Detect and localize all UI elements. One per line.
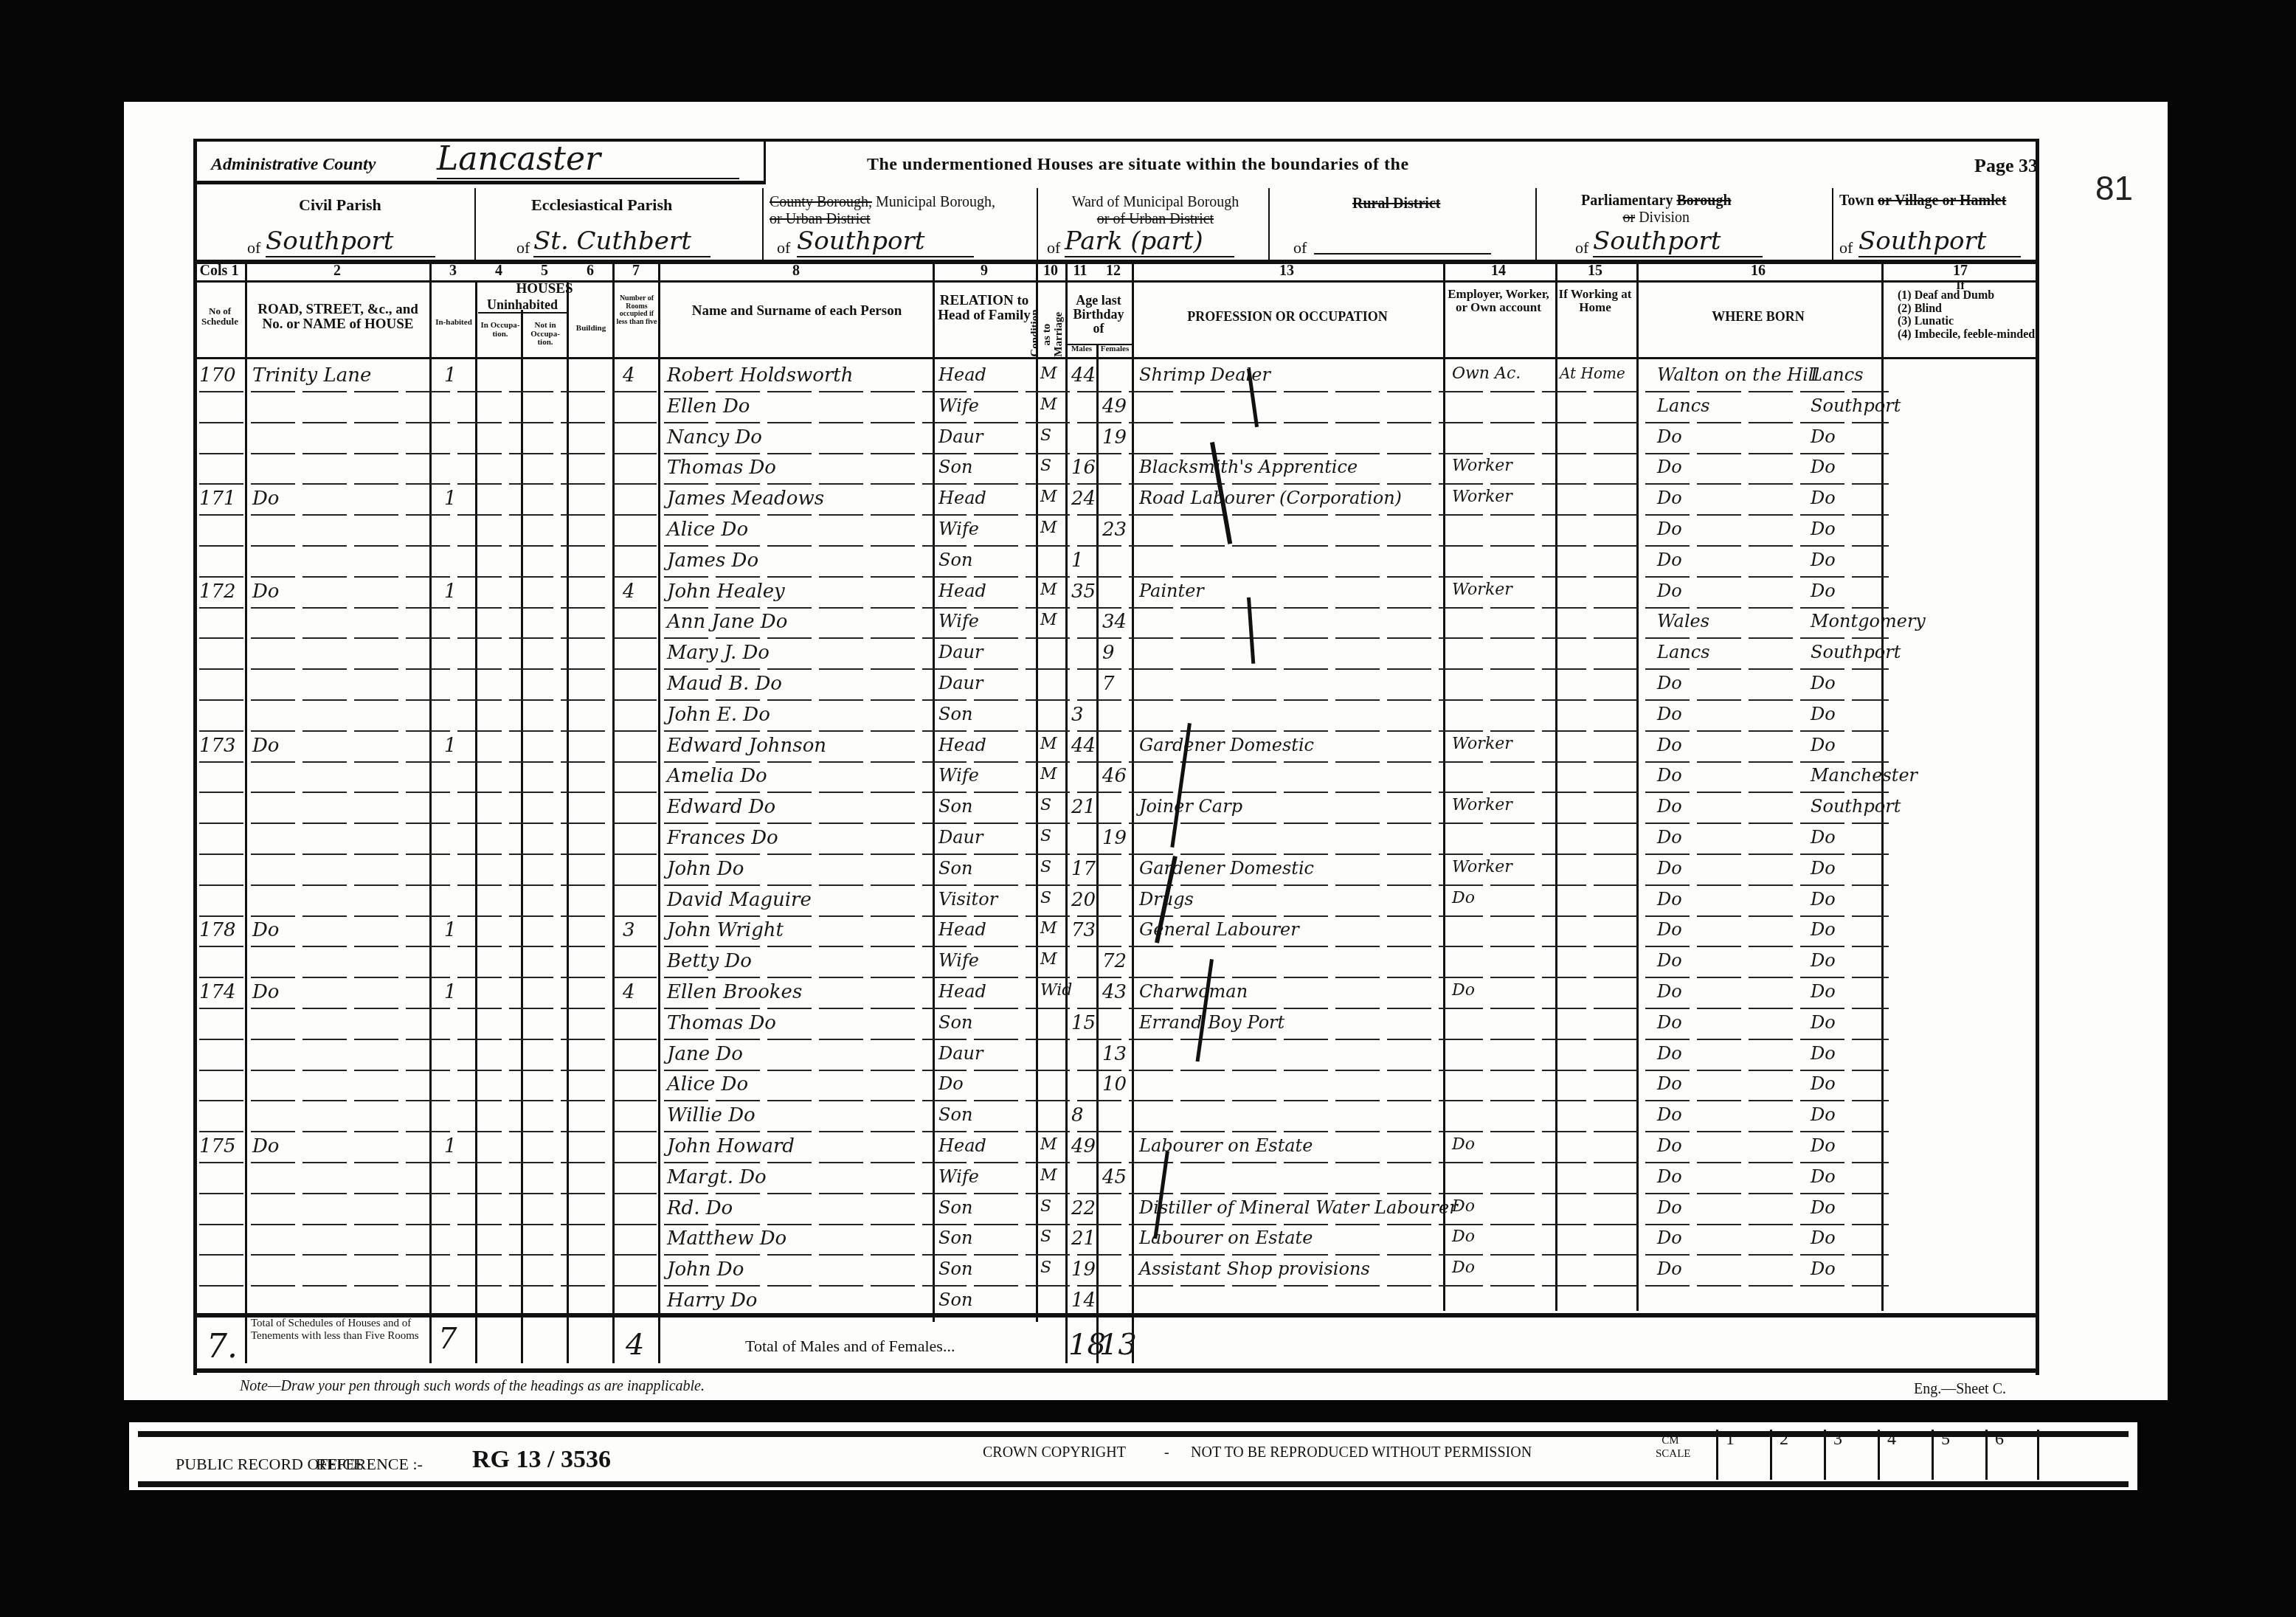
cell-born-place: Do — [1811, 581, 1836, 601]
cell-relation: Wife — [938, 950, 979, 971]
total-rooms: 4 — [626, 1328, 644, 1362]
cell-name: John Do — [667, 1258, 744, 1281]
cell-name: Alice Do — [667, 1073, 748, 1095]
header-age: Age last Birthday of — [1067, 294, 1130, 336]
cell-occupation: Labourer on Estate — [1139, 1228, 1313, 1248]
cell-relation: Wife — [938, 395, 979, 416]
table-row: Betty Do Wife M 72 Do Do — [193, 949, 2039, 980]
cell-relation: Head — [938, 919, 986, 940]
table-row: Nancy Do Daur S 19 Do Do — [193, 425, 2039, 456]
cell-name: Edward Johnson — [667, 735, 826, 757]
cell-female-age: 49 — [1102, 395, 1127, 418]
cell-name: Thomas Do — [667, 457, 776, 479]
cell-male-age: 21 — [1071, 1228, 1096, 1250]
cell-road: Do — [252, 488, 280, 510]
cell-name: Mary J. Do — [667, 642, 770, 664]
table-row: 171 Do 1 James Meadows Head M 24 Road La… — [193, 486, 2039, 517]
total-schedules-label: Total of Schedules of Houses and of Tene… — [251, 1318, 425, 1343]
cell-condition: Wid — [1040, 981, 1072, 1000]
footer-notice: NOT TO BE REPRODUCED WITHOUT PERMISSION — [1191, 1444, 1532, 1461]
cell-born-place: Do — [1811, 1166, 1836, 1187]
cell-born-county: Do — [1657, 889, 1682, 910]
cell-born-county: Do — [1657, 858, 1682, 879]
cell-relation: Son — [938, 796, 972, 817]
district-rural: Rural District of — [1270, 188, 1537, 262]
label: Division — [1639, 210, 1690, 226]
col-number: 3 — [431, 263, 475, 280]
table-row: Thomas Do Son 15 Errand Boy Port Do Do — [193, 1011, 2039, 1042]
cell-born-place: Do — [1811, 919, 1836, 940]
row-rule — [199, 1193, 1889, 1194]
district-town: Town or Village or Hamlet of Southport — [1833, 188, 2037, 262]
cell-male-age: 1 — [1071, 550, 1084, 572]
table-row: 175 Do 1 John Howard Head M 49 Labourer … — [193, 1134, 2039, 1165]
table-row: 174 Do 1 4 Ellen Brookes Head Wid 43 Cha… — [193, 980, 2039, 1011]
cell-employer: Do — [1452, 1135, 1475, 1154]
cell-born-place: Do — [1811, 735, 1836, 755]
cell-condition: M — [1040, 581, 1057, 599]
cell-relation: Daur — [938, 1043, 983, 1064]
cell-born-county: Do — [1657, 1228, 1682, 1248]
cell-name: John Howard — [667, 1135, 795, 1157]
table-row: Frances Do Daur S 19 Do Do — [193, 825, 2039, 856]
cell-relation: Son — [938, 1228, 972, 1248]
cell-born-county: Do — [1657, 1104, 1682, 1125]
cell-name: Maud B. Do — [667, 673, 782, 695]
cell-born-county: Do — [1657, 735, 1682, 755]
cell-born-county: Do — [1657, 765, 1682, 786]
struck-label: Borough — [1676, 193, 1731, 209]
cell-born-place: Do — [1811, 550, 1836, 570]
row-rule — [199, 545, 1889, 547]
col-number: 2 — [245, 263, 429, 280]
table-row: Willie Do Son 8 Do Do — [193, 1103, 2039, 1134]
cell-inhabited: 1 — [444, 919, 457, 941]
admin-county-box: Administrative County Lancaster — [193, 139, 766, 184]
col-number: 8 — [660, 263, 933, 280]
table-row: Amelia Do Wife M 46 Do Manchester — [193, 764, 2039, 794]
cell-relation: Daur — [938, 426, 983, 447]
table-row: 173 Do 1 Edward Johnson Head M 44 Garden… — [193, 733, 2039, 764]
page-value: 33 — [2019, 155, 2038, 176]
cell-employer: Own Ac. — [1452, 364, 1521, 383]
cell-occupation: Blacksmith's Apprentice — [1139, 457, 1358, 477]
label: Parliamentary — [1581, 193, 1673, 209]
cell-relation: Son — [938, 1197, 972, 1218]
row-rule — [199, 607, 1889, 609]
cell-relation: Son — [938, 1258, 972, 1279]
cell-relation: Head — [938, 488, 986, 508]
table-row: Alice Do Do 10 Do Do — [193, 1072, 2039, 1103]
cell-employer: Worker — [1452, 735, 1512, 753]
cell-name: John Wright — [667, 919, 784, 941]
cell-name: Edward Do — [667, 796, 775, 818]
cell-employer: Do — [1452, 981, 1475, 1000]
row-rule — [199, 823, 1889, 824]
district-label: Ward of Municipal Borough or of Urban Di… — [1048, 194, 1262, 228]
district-prefix: of — [1839, 238, 1853, 257]
cell-female-age: 19 — [1102, 426, 1127, 449]
cell-condition: M — [1040, 765, 1057, 783]
col-number: 16 — [1636, 263, 1880, 280]
district-prefix: of — [1293, 238, 1307, 257]
cell-condition: M — [1040, 1135, 1057, 1154]
header-relation: RELATION to Head of Family — [934, 294, 1034, 323]
cell-female-age: 43 — [1102, 981, 1127, 1003]
infirmity-option: (1) Deaf and Dumb — [1898, 289, 2035, 302]
header-occupation: PROFESSION OR OCCUPATION — [1136, 310, 1439, 324]
district-prefix: of — [247, 238, 260, 257]
cell-name: Alice Do — [667, 519, 748, 541]
cell-schedule: 174 — [199, 981, 236, 1003]
cell-road: Trinity Lane — [252, 364, 371, 387]
cell-road: Do — [252, 981, 280, 1003]
cell-born-place: Southport — [1811, 796, 1901, 817]
cell-name: Willie Do — [667, 1104, 755, 1126]
cell-born-place: Do — [1811, 950, 1836, 971]
cell-name: Ellen Brookes — [667, 981, 802, 1003]
cell-rooms: 4 — [623, 364, 635, 387]
cell-condition: M — [1040, 611, 1057, 629]
row-rule — [199, 699, 1889, 701]
cell-relation: Wife — [938, 611, 979, 631]
page-label: Page — [1974, 155, 2013, 176]
cell-born-place: Do — [1811, 981, 1836, 1002]
cell-name: Thomas Do — [667, 1012, 776, 1034]
cell-born-county: Do — [1657, 519, 1682, 539]
cell-condition: M — [1040, 1166, 1057, 1185]
header-not-in-occupation: Not in Occupa-tion. — [524, 322, 567, 347]
footer-copyright: CROWN COPYRIGHT — [983, 1444, 1126, 1461]
row-rule — [199, 1285, 1889, 1287]
row-rule — [199, 637, 1889, 639]
cell-name: David Maguire — [667, 889, 812, 911]
cell-male-age: 44 — [1071, 735, 1096, 757]
table-row: Maud B. Do Daur 7 Do Do — [193, 671, 2039, 702]
col-number: 17 — [1881, 263, 2039, 280]
cell-born-county: Walton on the Hill — [1657, 364, 1819, 385]
cell-female-age: 19 — [1102, 827, 1127, 849]
sheet-id: Eng.—Sheet C. — [1914, 1381, 2006, 1398]
cell-born-place: Southport — [1811, 642, 1901, 662]
cell-born-county: Wales — [1657, 611, 1709, 631]
cell-relation: Son — [938, 1012, 972, 1033]
cell-female-age: 13 — [1102, 1043, 1127, 1065]
table-row: John Do Son S 17 Gardener Domestic Worke… — [193, 856, 2039, 887]
cell-occupation: Charwoman — [1139, 981, 1248, 1002]
cell-rooms: 3 — [623, 919, 635, 941]
row-rule — [199, 730, 1889, 732]
cell-occupation: Painter — [1139, 581, 1204, 601]
page-number: Page 33 — [1974, 155, 2038, 177]
row-rule — [199, 514, 1889, 516]
footer-reference: RG 13 / 3536 — [472, 1446, 611, 1474]
total-females: 13 — [1099, 1328, 1137, 1362]
cell-employer: Do — [1452, 889, 1475, 907]
col-number: 4 — [477, 263, 521, 280]
row-rule — [199, 946, 1889, 947]
header-infirmity: (1) Deaf and Dumb (2) Blind (3) Lunatic … — [1898, 289, 2035, 341]
cell-condition: M — [1040, 488, 1057, 506]
cell-born-county: Do — [1657, 1012, 1682, 1033]
cell-condition: M — [1040, 519, 1057, 537]
cell-road: Do — [252, 581, 280, 603]
cell-male-age: 17 — [1071, 858, 1096, 880]
row-rule — [199, 422, 1889, 423]
cell-name: Ann Jane Do — [667, 611, 787, 633]
cell-name: Rd. Do — [667, 1197, 733, 1219]
col-number: 9 — [933, 263, 1036, 280]
cell-born-place: Do — [1811, 1135, 1836, 1156]
cell-inhabited: 1 — [444, 735, 457, 757]
cell-inhabited: 1 — [444, 488, 457, 510]
cell-schedule: 172 — [199, 581, 236, 603]
cell-occupation: Gardener Domestic — [1139, 735, 1314, 755]
cell-relation: Wife — [938, 1166, 979, 1187]
row-rule — [199, 1100, 1889, 1101]
col-number: 13 — [1132, 263, 1442, 280]
district-civil-parish: Civil Parish of Southport — [196, 188, 476, 262]
struck-label: County Borough, — [770, 194, 872, 210]
district-prefix: of — [1047, 238, 1060, 257]
cell-condition: M — [1040, 919, 1057, 938]
header-at-home: If Working at Home — [1557, 288, 1633, 314]
struck-label: or Village or Hamlet — [1878, 193, 2006, 209]
cell-occupation: Distiller of Mineral Water Labourer — [1139, 1197, 1458, 1218]
cell-employer: Worker — [1452, 858, 1512, 876]
cell-born-place: Do — [1811, 1073, 1836, 1094]
cell-relation: Daur — [938, 673, 983, 693]
footer-scale-label: CM SCALE — [1656, 1434, 1685, 1461]
cell-schedule: 178 — [199, 919, 236, 941]
scale-mark: 4 — [1878, 1430, 1932, 1480]
cell-name: John Healey — [667, 581, 785, 603]
cell-born-place: Manchester — [1811, 765, 1918, 786]
cell-born-county: Do — [1657, 704, 1682, 724]
cell-inhabited: 1 — [444, 581, 457, 603]
header-schedule: No of Schedule — [195, 306, 245, 326]
cell-born-county: Do — [1657, 1135, 1682, 1156]
cell-employer: Do — [1452, 1197, 1475, 1216]
cell-born-place: Do — [1811, 827, 1836, 848]
cell-born-county: Do — [1657, 426, 1682, 447]
row-rule — [199, 1008, 1889, 1009]
cell-inhabited: 1 — [444, 981, 457, 1003]
label: Municipal Borough, — [876, 194, 995, 210]
table-row: Jane Do Daur 13 Do Do — [193, 1042, 2039, 1073]
cell-schedule: 171 — [199, 488, 236, 510]
cell-relation: Son — [938, 457, 972, 477]
cell-schedule: 170 — [199, 364, 236, 387]
cell-born-county: Do — [1657, 457, 1682, 477]
cell-relation: Son — [938, 1104, 972, 1125]
cell-relation: Wife — [938, 519, 979, 539]
cell-born-place: Lancs — [1811, 364, 1863, 385]
cell-occupation: Errand Boy Port — [1139, 1012, 1284, 1033]
table-row: Thomas Do Son S 16 Blacksmith's Apprenti… — [193, 455, 2039, 486]
cell-born-county: Do — [1657, 581, 1682, 601]
cell-born-place: Do — [1811, 889, 1836, 910]
cell-female-age: 34 — [1102, 611, 1127, 633]
label: Town — [1839, 193, 1874, 209]
cell-born-county: Do — [1657, 1166, 1682, 1187]
row-rule — [199, 761, 1889, 763]
cell-condition: S — [1040, 1228, 1051, 1246]
scale-mark: 2 — [1770, 1430, 1824, 1480]
cell-female-age: 7 — [1102, 673, 1115, 695]
infirmity-option: (3) Lunatic — [1898, 315, 2035, 328]
cell-born-place: Southport — [1811, 395, 1901, 416]
district-value: St. Cuthbert — [533, 226, 710, 257]
cell-born-place: Do — [1811, 1197, 1836, 1218]
cell-employer: Worker — [1452, 581, 1512, 599]
cell-female-age: 9 — [1102, 642, 1115, 664]
scale-mark: 3 — [1824, 1430, 1878, 1480]
footer-reference-label: REFERENCE :- — [316, 1455, 423, 1474]
cell-relation: Son — [938, 1289, 972, 1310]
district-label: Parliamentary Borough or Division — [1581, 193, 1732, 226]
row-rule — [199, 977, 1889, 978]
infirmity-option: (2) Blind — [1898, 302, 2035, 316]
cell-schedule: 175 — [199, 1135, 236, 1157]
cell-born-county: Do — [1657, 1073, 1682, 1094]
table-row: Ann Jane Do Wife M 34 Wales Montgomery — [193, 609, 2039, 640]
cell-condition: S — [1040, 457, 1051, 475]
cell-born-place: Do — [1811, 1104, 1836, 1125]
cell-condition: S — [1040, 426, 1051, 445]
district-value: Southport — [1593, 226, 1763, 257]
cell-born-county: Lancs — [1657, 642, 1709, 662]
cell-name: Matthew Do — [667, 1228, 786, 1250]
cell-relation: Head — [938, 364, 986, 385]
cell-occupation: Road Labourer (Corporation) — [1139, 488, 1402, 508]
cell-employer: Worker — [1452, 488, 1512, 506]
header-where-born: WHERE BORN — [1638, 310, 1878, 324]
cell-born-county: Do — [1657, 550, 1682, 570]
cell-condition: S — [1040, 827, 1051, 845]
header-employer: Employer, Worker, or Own account — [1445, 288, 1552, 314]
footer-rule-bottom — [138, 1481, 2129, 1487]
row-rule — [199, 576, 1889, 578]
cell-name: Robert Holdsworth — [667, 364, 854, 387]
header-houses: HOUSES — [478, 282, 611, 297]
table-row: 170 Trinity Lane 1 4 Robert Holdsworth H… — [193, 363, 2039, 394]
cell-female-age: 72 — [1102, 950, 1127, 972]
cell-condition: S — [1040, 1258, 1051, 1277]
cell-male-age: 3 — [1071, 704, 1084, 726]
instruction-note: Note—Draw your pen through such words of… — [240, 1378, 705, 1395]
col-number: 6 — [568, 263, 612, 280]
cell-born-place: Do — [1811, 1012, 1836, 1033]
header-females: Females — [1098, 344, 1132, 354]
total-schedules: 7. — [207, 1328, 238, 1365]
cell-male-age: 73 — [1071, 919, 1096, 941]
header-name: Name and Surname of each Person — [679, 304, 915, 319]
cell-born-county: Do — [1657, 1258, 1682, 1279]
cell-name: Betty Do — [667, 950, 752, 972]
cell-born-county: Do — [1657, 1197, 1682, 1218]
cell-name: Ellen Do — [667, 395, 750, 418]
cell-road: Do — [252, 919, 280, 941]
cell-male-age: 14 — [1071, 1289, 1096, 1312]
cell-male-age: 22 — [1071, 1197, 1096, 1219]
cell-name: Margt. Do — [667, 1166, 767, 1188]
cell-name: Harry Do — [667, 1289, 757, 1312]
cell-born-county: Do — [1657, 950, 1682, 971]
cell-employer: Worker — [1452, 796, 1512, 814]
cell-born-place: Do — [1811, 1258, 1836, 1279]
row-rule — [199, 1070, 1889, 1071]
cell-born-place: Do — [1811, 519, 1836, 539]
row-rule — [199, 1039, 1889, 1040]
header-in-occupation: In Occupa-tion. — [480, 322, 521, 339]
row-rule — [199, 483, 1889, 485]
table-row: Rd. Do Son S 22 Distiller of Mineral Wat… — [193, 1196, 2039, 1227]
infirmity-option: (4) Imbecile, feeble-minded — [1898, 328, 2035, 342]
cell-female-age: 10 — [1102, 1073, 1127, 1095]
cell-relation: Son — [938, 858, 972, 879]
cell-relation: Son — [938, 704, 972, 724]
cell-relation: Head — [938, 735, 986, 755]
table-row: James Do Son 1 Do Do — [193, 548, 2039, 579]
table-row: John Do Son S 19 Assistant Shop provisio… — [193, 1257, 2039, 1288]
cell-name: James Do — [667, 550, 758, 572]
cell-male-age: 15 — [1071, 1012, 1096, 1034]
cell-born-place: Do — [1811, 1228, 1836, 1248]
bottom-rule — [193, 1368, 2039, 1373]
cell-relation: Head — [938, 1135, 986, 1156]
table-row: Alice Do Wife M 23 Do Do — [193, 517, 2039, 548]
row-rule — [199, 391, 1889, 392]
district-municipal-borough: County Borough, Municipal Borough, or Ur… — [764, 188, 1038, 262]
cell-name: Jane Do — [667, 1043, 743, 1065]
cell-name: John Do — [667, 858, 744, 880]
cell-male-age: 21 — [1071, 796, 1096, 818]
cell-name: Amelia Do — [667, 765, 767, 787]
header-inhabited: In-habited — [432, 319, 475, 328]
district-prefix: of — [777, 238, 790, 257]
cell-rooms: 4 — [623, 981, 635, 1003]
cell-employer: Worker — [1452, 457, 1512, 475]
cell-condition: S — [1040, 889, 1051, 907]
cell-born-county: Do — [1657, 673, 1682, 693]
struck-label: or — [1622, 210, 1635, 226]
row-rule — [199, 453, 1889, 454]
row-rule — [199, 1162, 1889, 1163]
struck-label: or Urban District — [770, 211, 871, 227]
total-houses: 7 — [438, 1322, 457, 1356]
row-rule — [199, 884, 1889, 886]
header-bottom-rule — [193, 357, 2039, 359]
cell-born-place: Do — [1811, 673, 1836, 693]
header-road: ROAD, STREET, &c., and No. or NAME of HO… — [248, 302, 428, 332]
cell-condition: S — [1040, 796, 1051, 814]
table-row: 172 Do 1 4 John Healey Head M 35 Painter… — [193, 579, 2039, 610]
colnum-rule — [193, 280, 2039, 283]
struck-label: or of Urban District — [1097, 211, 1214, 227]
cell-occupation: Gardener Domestic — [1139, 858, 1314, 879]
cell-born-county: Do — [1657, 827, 1682, 848]
cell-at-home: At Home — [1560, 364, 1625, 382]
district-value: Southport — [797, 226, 974, 257]
row-rule — [199, 1131, 1889, 1132]
cell-born-county: Do — [1657, 488, 1682, 508]
cell-road: Do — [252, 1135, 280, 1157]
cell-relation: Head — [938, 981, 986, 1002]
col-number: 14 — [1443, 263, 1554, 280]
district-label: Ecclesiastical Parish — [531, 195, 672, 215]
cell-inhabited: 1 — [444, 364, 457, 387]
